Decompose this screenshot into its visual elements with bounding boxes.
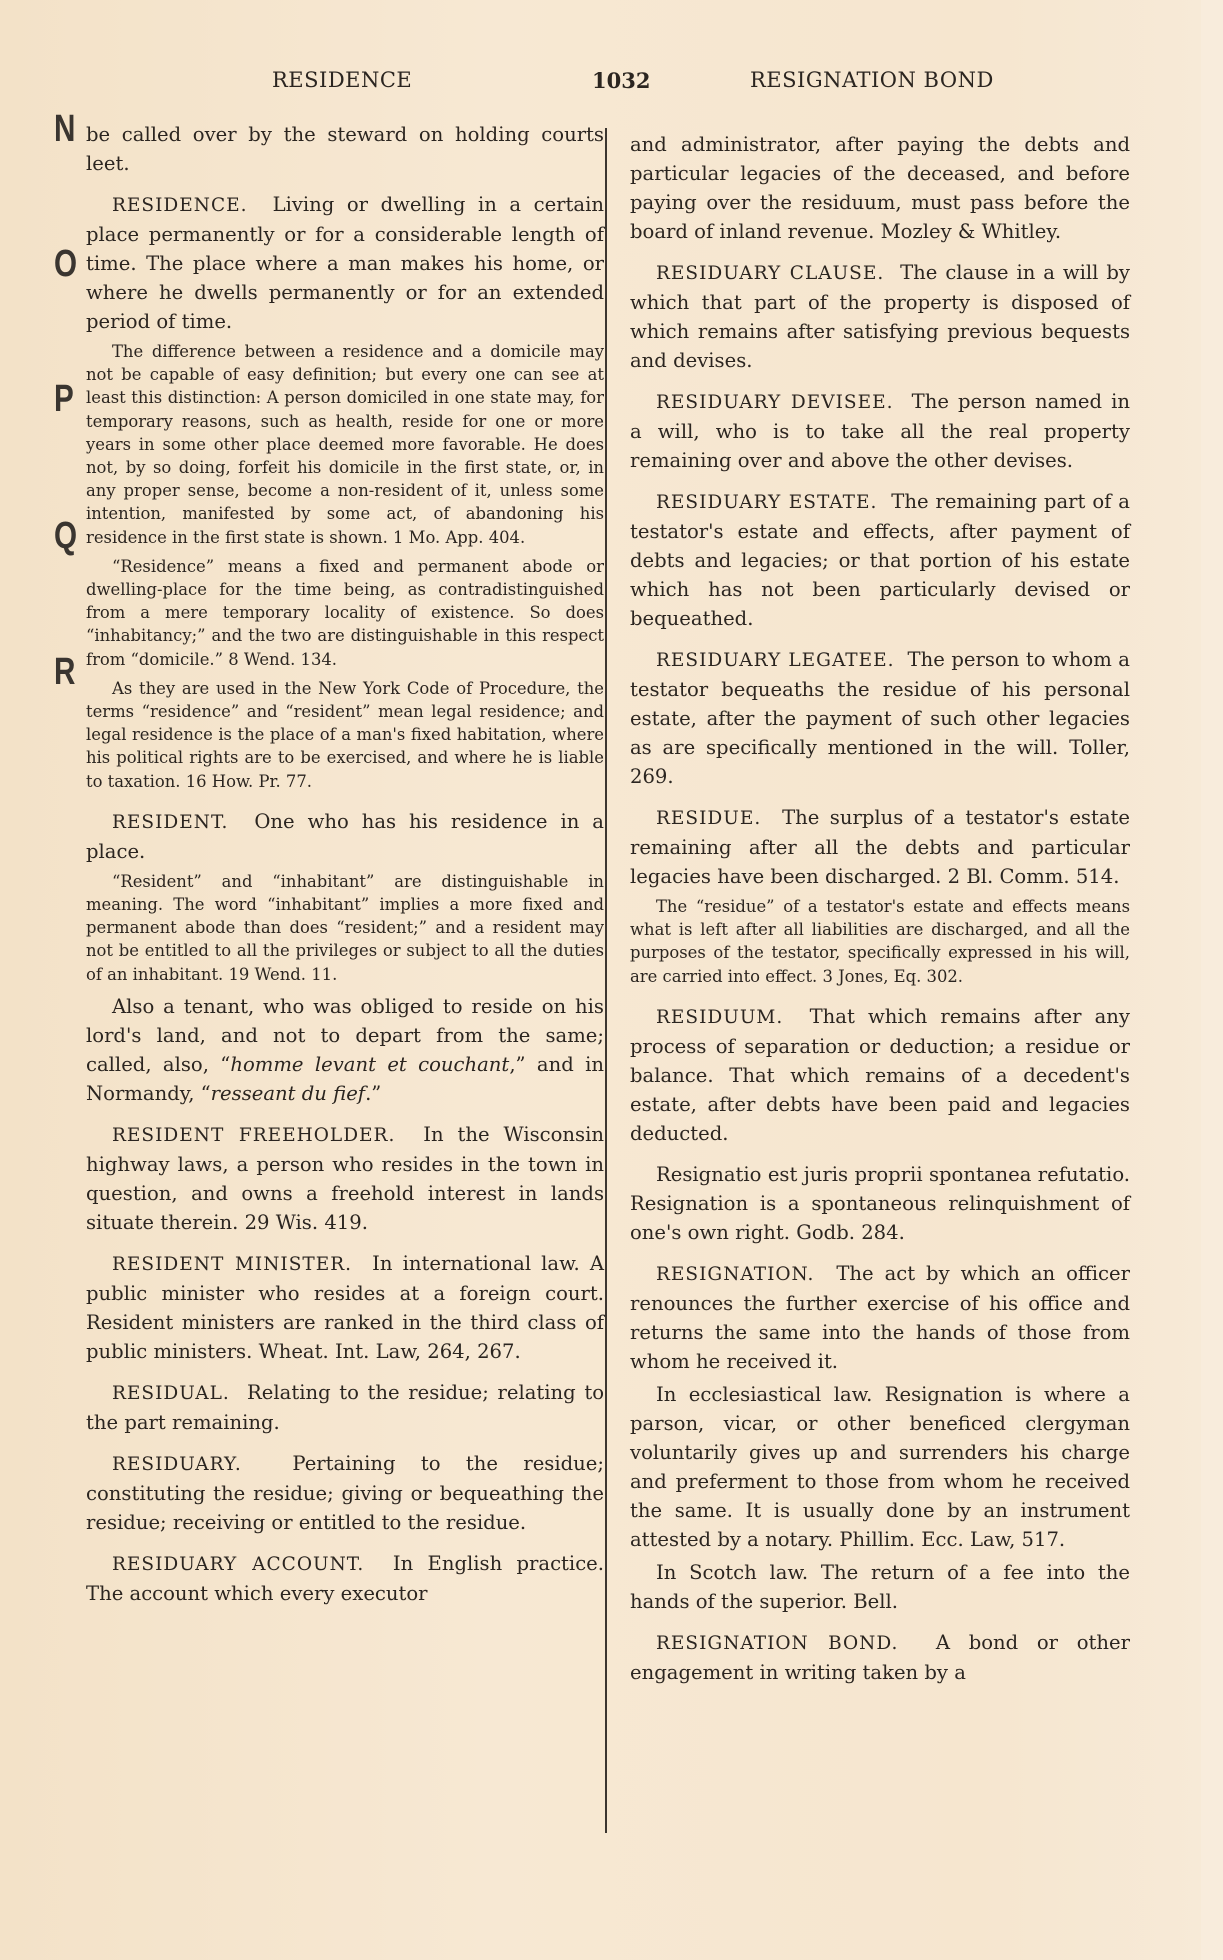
entry-resignation-bond: RESIGNATION BOND. A bond or other engage… xyxy=(630,1628,1130,1687)
headword: RESIDUARY ESTATE. xyxy=(656,492,877,513)
entry-residual: RESIDUAL. Relating to the residue; relat… xyxy=(86,1378,604,1437)
entry-resident-freeholder: RESIDENT FREEHOLDER. In the Wisconsin hi… xyxy=(86,1120,604,1237)
entry-residuary: RESIDUARY. Pertaining to the residue; co… xyxy=(86,1449,604,1537)
italic-term: homme levant et couchant xyxy=(230,1053,509,1076)
note: The difference between a residence and a… xyxy=(86,340,604,549)
sense-paragraph: In ecclesiastical law. Resignation is wh… xyxy=(630,1380,1130,1554)
right-column: and administrator, after paying the debt… xyxy=(630,130,1130,1699)
thumb-index-letter: R xyxy=(54,651,75,694)
headword: RESIDENCE. xyxy=(112,195,247,216)
headword: RESIGNATION BOND. xyxy=(656,1633,898,1654)
headword: RESIDENT. xyxy=(112,812,228,833)
thumb-index-letter: P xyxy=(54,378,74,421)
entry-residue: RESIDUE. The surplus of a testator's est… xyxy=(630,803,1130,988)
entry-residuary-legatee: RESIDUARY LEGATEE. The person to whom a … xyxy=(630,645,1130,791)
headword: RESIDENT FREEHOLDER. xyxy=(112,1125,395,1146)
note: “Resident” and “inhabitant” are distingu… xyxy=(86,870,604,986)
headword: RESIGNATION. xyxy=(656,1264,814,1285)
italic-term: resseant du fief xyxy=(211,1082,365,1105)
headword: RESIDUUM. xyxy=(656,1007,783,1028)
headword: RESIDUAL. xyxy=(112,1383,230,1404)
entry-residuary-clause: RESIDUARY CLAUSE. The clause in a will b… xyxy=(630,258,1130,375)
entry-residuum: RESIDUUM. That which remains after any p… xyxy=(630,1002,1130,1148)
thumb-index-letter: N xyxy=(54,108,75,151)
note: “Residence” means a fixed and permanent … xyxy=(86,555,604,671)
left-column: be called over by the steward on holding… xyxy=(86,120,604,1620)
column-divider xyxy=(605,128,607,1833)
entry-resignation: RESIGNATION. The act by which an officer… xyxy=(630,1259,1130,1616)
headword: RESIDUARY. xyxy=(112,1454,242,1475)
continuation-text: and administrator, after paying the debt… xyxy=(630,130,1130,246)
entry-residence: RESIDENCE. Living or dwelling in a certa… xyxy=(86,190,604,793)
entry-resident-minister: RESIDENT MINISTER. In international law.… xyxy=(86,1249,604,1366)
page-number: 1032 xyxy=(592,68,650,93)
headword: RESIDUARY CLAUSE. xyxy=(656,263,884,284)
dictionary-page: RESIDENCE 1032 RESIGNATION BOND N O P Q … xyxy=(0,0,1223,1960)
sense-paragraph: In Scotch law. The return of a fee into … xyxy=(630,1558,1130,1616)
right-guide-word: RESIGNATION BOND xyxy=(750,68,994,92)
additional-sense: Also a tenant, who was obliged to reside… xyxy=(86,992,604,1108)
headword: RESIDUE. xyxy=(656,808,761,829)
continuation-text: be called over by the steward on holding… xyxy=(86,120,604,178)
entry-resident: RESIDENT. One who has his residence in a… xyxy=(86,807,604,1108)
headword: RESIDENT MINISTER. xyxy=(112,1254,352,1275)
entry-residuary-account: RESIDUARY ACCOUNT. In English practice. … xyxy=(86,1549,604,1608)
legal-maxim: Resignatio est juris proprii spontanea r… xyxy=(630,1160,1130,1247)
note: As they are used in the New York Code of… xyxy=(86,677,604,793)
note: The “residue” of a testator's estate and… xyxy=(630,895,1130,988)
entry-residuary-estate: RESIDUARY ESTATE. The remaining part of … xyxy=(630,487,1130,633)
headword: RESIDUARY DEVISEE. xyxy=(656,392,894,413)
left-guide-word: RESIDENCE xyxy=(272,68,412,92)
running-header: RESIDENCE 1032 RESIGNATION BOND xyxy=(0,68,1223,102)
headword: RESIDUARY ACCOUNT. xyxy=(112,1554,364,1575)
page-edge xyxy=(1201,0,1223,1960)
entry-residuary-devisee: RESIDUARY DEVISEE. The person named in a… xyxy=(630,387,1130,475)
headword: RESIDUARY LEGATEE. xyxy=(656,650,895,671)
thumb-index-letter: Q xyxy=(54,515,77,558)
thumb-index-letter: O xyxy=(54,243,77,286)
